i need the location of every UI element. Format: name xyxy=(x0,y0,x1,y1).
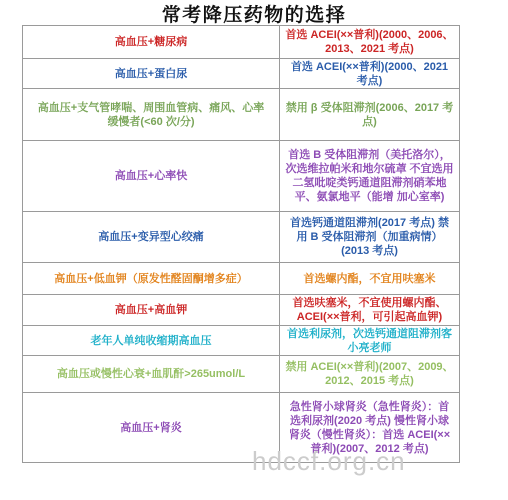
table-row: 高血压+支气管哮喘、周围血管病、痛风、心率缓慢者(<60 次/分) 禁用 β 受… xyxy=(23,88,459,140)
choice-cell: 首选螺内酯，不宜用呋塞米 xyxy=(280,263,459,294)
choice-cell: 首选利尿剂，次选钙通道阻滞剂客小亮老师 xyxy=(280,326,459,355)
table-row: 高血压或慢性心衰+血肌酐>265umol/L 禁用 ACEI(××普利)(200… xyxy=(23,355,459,392)
drug-selection-table: 高血压+糖尿病 首选 ACEI(××普利)(2000、2006、2013、202… xyxy=(22,25,460,463)
condition-cell: 老年人单纯收缩期高血压 xyxy=(23,326,280,355)
table-row: 高血压+低血钾（原发性醛固酮增多症） 首选螺内酯，不宜用呋塞米 xyxy=(23,262,459,294)
condition-cell: 高血压+蛋白尿 xyxy=(23,59,280,88)
condition-cell: 高血压+支气管哮喘、周围血管病、痛风、心率缓慢者(<60 次/分) xyxy=(23,89,280,140)
table-row: 高血压+心率快 首选 B 受体阻滞剂（美托洛尔），次选维拉帕米和地尔硫䓬 不宜选… xyxy=(23,140,459,211)
table-row: 老年人单纯收缩期高血压 首选利尿剂，次选钙通道阻滞剂客小亮老师 xyxy=(23,325,459,355)
choice-cell: 首选呋塞米，不宜使用螺内酯、ACEI(××普利，可引起高血钾) xyxy=(280,295,459,325)
choice-cell: 首选钙通道阻滞剂(2017 考点) 禁用 B 受体阻滞剂（加重病情）(2013 … xyxy=(280,212,459,262)
choice-cell: 禁用 ACEI(××普利)(2007、2009、2012、2015 考点) xyxy=(280,356,459,392)
condition-cell: 高血压+高血钾 xyxy=(23,295,280,325)
table-row: 高血压+蛋白尿 首选 ACEI(××普利)(2000、2021 考点) xyxy=(23,58,459,88)
condition-cell: 高血压+心率快 xyxy=(23,141,280,211)
condition-cell: 高血压+肾炎 xyxy=(23,393,280,462)
site-watermark: hdccf.org.cn xyxy=(252,446,406,477)
condition-cell: 高血压+糖尿病 xyxy=(23,26,280,58)
condition-cell: 高血压+低血钾（原发性醛固酮增多症） xyxy=(23,263,280,294)
choice-cell: 首选 B 受体阻滞剂（美托洛尔），次选维拉帕米和地尔硫䓬 不宜选用二氢吡啶类钙通… xyxy=(280,141,459,211)
page-title: 常考降压药物的选择 xyxy=(0,0,508,27)
choice-cell: 禁用 β 受体阻滞剂(2006、2017 考点) xyxy=(280,89,459,140)
table-row: 高血压+高血钾 首选呋塞米，不宜使用螺内酯、ACEI(××普利，可引起高血钾) xyxy=(23,294,459,325)
choice-cell: 首选 ACEI(××普利)(2000、2021 考点) xyxy=(280,59,459,88)
condition-cell: 高血压+变异型心绞痛 xyxy=(23,212,280,262)
table-row: 高血压+变异型心绞痛 首选钙通道阻滞剂(2017 考点) 禁用 B 受体阻滞剂（… xyxy=(23,211,459,262)
table-row: 高血压+糖尿病 首选 ACEI(××普利)(2000、2006、2013、202… xyxy=(23,26,459,58)
condition-cell: 高血压或慢性心衰+血肌酐>265umol/L xyxy=(23,356,280,392)
choice-cell: 首选 ACEI(××普利)(2000、2006、2013、2021 考点) xyxy=(280,26,459,58)
